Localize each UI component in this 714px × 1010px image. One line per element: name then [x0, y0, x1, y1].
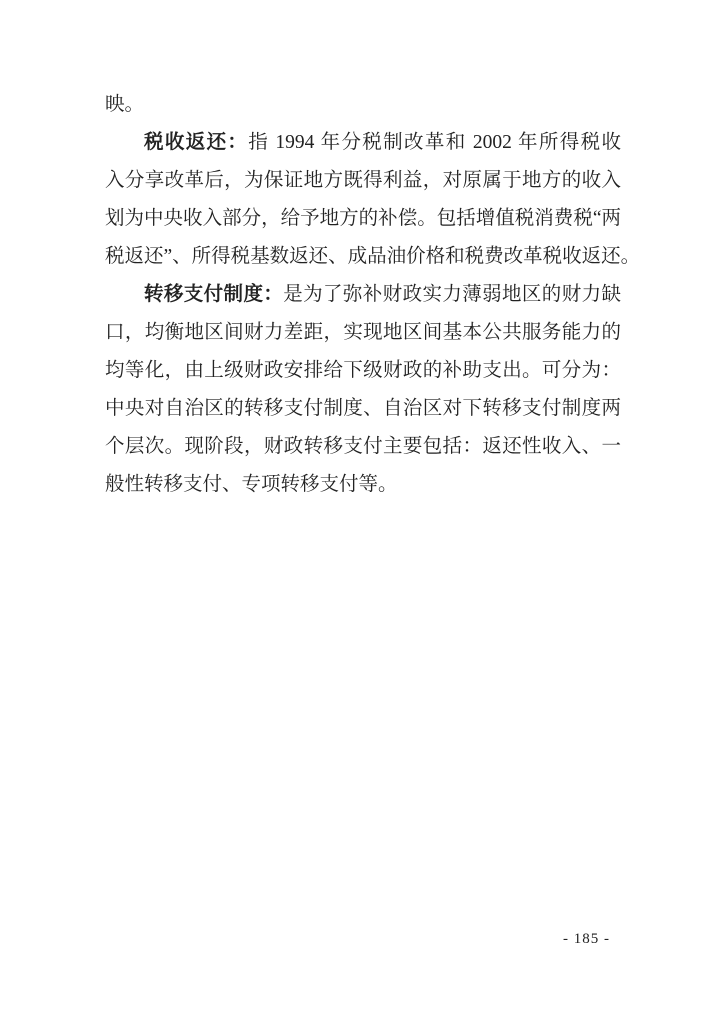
- definition-line: 划为中央收入部分，给予地方的补偿。包括增值税消费税“两: [105, 200, 621, 238]
- term-tax-rebate: 税收返还：: [144, 132, 248, 153]
- definition-line: 中央对自治区的转移支付制度、自治区对下转移支付制度两: [105, 390, 621, 428]
- definition-line: 个层次。现阶段，财政转移支付主要包括：返还性收入、一: [105, 428, 621, 466]
- paragraph-first-line: 税收返还：指 1994 年分税制改革和 2002 年所得税收: [105, 124, 621, 162]
- definition-text: 指 1994 年分税制改革和 2002 年所得税收: [248, 132, 621, 153]
- definition-line: 均等化，由上级财政安排给下级财政的补助支出。可分为：: [105, 352, 621, 390]
- definition-line: 税返还”、所得税基数返还、成品油价格和税费改革税收返还。: [105, 238, 621, 276]
- definition-line: 般性转移支付、专项转移支付等。: [105, 466, 621, 504]
- page-number: - 185 -: [563, 928, 610, 950]
- definition-line: 口，均衡地区间财力差距，实现地区间基本公共服务能力的: [105, 314, 621, 352]
- page-body: 映。 税收返还：指 1994 年分税制改革和 2002 年所得税收 入分享改革后…: [105, 86, 621, 504]
- document-page: 映。 税收返还：指 1994 年分税制改革和 2002 年所得税收 入分享改革后…: [0, 0, 714, 1010]
- paragraph-transfer-payment-system: 转移支付制度：是为了弥补财政实力薄弱地区的财力缺 口，均衡地区间财力差距，实现地…: [105, 276, 621, 504]
- definition-text: 是为了弥补财政实力薄弱地区的财力缺: [283, 284, 621, 305]
- definition-line: 入分享改革后，为保证地方既得利益，对原属于地方的收入: [105, 162, 621, 200]
- paragraph-first-line: 转移支付制度：是为了弥补财政实力薄弱地区的财力缺: [105, 276, 621, 314]
- paragraph-tax-rebate: 税收返还：指 1994 年分税制改革和 2002 年所得税收 入分享改革后，为保…: [105, 124, 621, 276]
- term-transfer-payment-system: 转移支付制度：: [144, 284, 283, 305]
- paragraph-continuation-line: 映。: [105, 86, 621, 124]
